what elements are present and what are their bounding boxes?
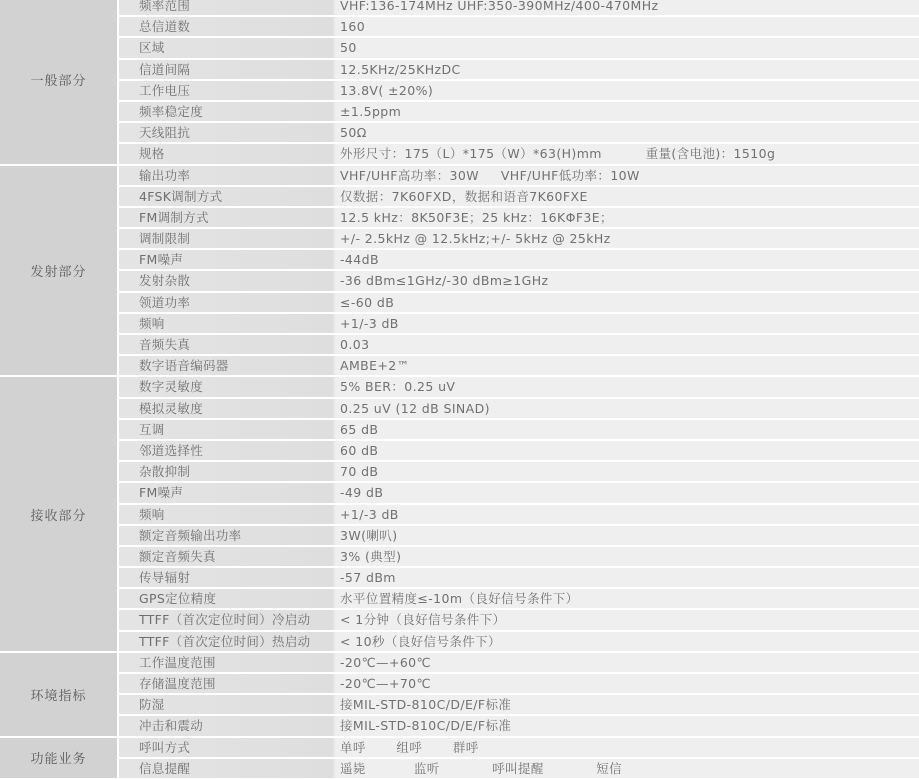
row-key: 发射杂散 — [119, 271, 333, 290]
row-key: 工作温度范围 — [119, 653, 333, 672]
row-key: 频率稳定度 — [119, 102, 333, 121]
row-value: 70 dB — [333, 462, 919, 481]
row-key: TTFF（首次定位时间）冷启动 — [119, 610, 333, 629]
row-value: 0.25 uV (12 dB SINAD) — [333, 399, 919, 418]
table-row: FM噪声-49 dB — [119, 483, 919, 504]
section-environment: 环境指标 工作温度范围-20℃—+60℃ 存储温度范围-20℃—+70℃ 防湿接… — [0, 653, 919, 738]
row-key: 频率范围 — [119, 0, 333, 15]
row-key: 互调 — [119, 420, 333, 439]
table-row: 存储温度范围-20℃—+70℃ — [119, 674, 919, 695]
table-row: 模拟灵敏度0.25 uV (12 dB SINAD) — [119, 399, 919, 420]
row-value: VHF:136-174MHz UHF:350-390MHz/400-470MHz — [333, 0, 919, 15]
table-row: 呼叫方式单呼 组呼 群呼 — [119, 738, 919, 759]
row-value: -20℃—+70℃ — [333, 674, 919, 693]
row-key: FM调制方式 — [119, 208, 333, 227]
row-key: 信息提醒 — [119, 759, 333, 778]
row-key: 天线阻抗 — [119, 123, 333, 142]
table-row: 数字语音编码器AMBE+2™ — [119, 356, 919, 375]
table-row: 领道功率≤-60 dB — [119, 293, 919, 314]
section-title: 环境指标 — [0, 653, 119, 736]
table-row: 频率范围VHF:136-174MHz UHF:350-390MHz/400-47… — [119, 0, 919, 17]
row-value: 仅数据：7K60FXD，数据和语音7K60FXE — [333, 187, 919, 206]
table-row: 工作电压13.8V( ±20%) — [119, 81, 919, 102]
row-value: VHF/UHF高功率：30W VHF/UHF低功率：10W — [333, 166, 919, 185]
row-key: 额定音频失真 — [119, 547, 333, 566]
row-value: 0.03 — [333, 335, 919, 354]
row-value: 13.8V( ±20%) — [333, 81, 919, 100]
table-row: 发射杂散-36 dBm≤1GHz/-30 dBm≥1GHz — [119, 271, 919, 292]
row-key: 频响 — [119, 505, 333, 524]
row-value: 接MIL-STD-810C/D/E/F标准 — [333, 695, 919, 714]
section-receive: 接收部分 数字灵敏度5% BER：0.25 uV 模拟灵敏度0.25 uV (1… — [0, 377, 919, 652]
row-key: GPS定位精度 — [119, 589, 333, 608]
row-key: 冲击和震动 — [119, 716, 333, 735]
row-key: 杂散抑制 — [119, 462, 333, 481]
section-transmit: 发射部分 输出功率VHF/UHF高功率：30W VHF/UHF低功率：10W 4… — [0, 166, 919, 378]
table-row: 区域50 — [119, 38, 919, 59]
table-row: GPS定位精度水平位置精度≤-10m（良好信号条件下） — [119, 589, 919, 610]
row-key: 额定音频输出功率 — [119, 526, 333, 545]
table-row: 冲击和震动接MIL-STD-810C/D/E/F标准 — [119, 716, 919, 735]
row-value: 水平位置精度≤-10m（良好信号条件下） — [333, 589, 919, 608]
row-value: 65 dB — [333, 420, 919, 439]
row-key: 数字灵敏度 — [119, 377, 333, 396]
row-value: < 1分钟（良好信号条件下） — [333, 610, 919, 629]
row-key: 音频失真 — [119, 335, 333, 354]
row-value: 50Ω — [333, 123, 919, 142]
row-value: -57 dBm — [333, 568, 919, 587]
table-row: 信息提醒遥毙 监听 呼叫提醒 短信 — [119, 759, 919, 778]
row-value: 单呼 组呼 群呼 — [333, 738, 919, 757]
row-key: FM噪声 — [119, 483, 333, 502]
table-row: 防湿接MIL-STD-810C/D/E/F标准 — [119, 695, 919, 716]
row-key: FM噪声 — [119, 250, 333, 269]
row-key: 输出功率 — [119, 166, 333, 185]
table-row: 邻道选择性60 dB — [119, 441, 919, 462]
row-value: -44dB — [333, 250, 919, 269]
table-row: 额定音频输出功率3W(喇叭) — [119, 526, 919, 547]
row-value: 3% (典型) — [333, 547, 919, 566]
row-value: 3W(喇叭) — [333, 526, 919, 545]
row-key: 模拟灵敏度 — [119, 399, 333, 418]
row-value: 接MIL-STD-810C/D/E/F标准 — [333, 716, 919, 735]
table-row: 4FSK调制方式仅数据：7K60FXD，数据和语音7K60FXE — [119, 187, 919, 208]
row-key: 呼叫方式 — [119, 738, 333, 757]
table-row: FM噪声-44dB — [119, 250, 919, 271]
table-row: 频响+1/-3 dB — [119, 505, 919, 526]
table-row: 频率稳定度±1.5ppm — [119, 102, 919, 123]
row-value: +1/-3 dB — [333, 314, 919, 333]
table-row: FM调制方式12.5 kHz：8K50F3E；25 kHz：16KΦF3E； — [119, 208, 919, 229]
row-key: 总信道数 — [119, 17, 333, 36]
row-value: 60 dB — [333, 441, 919, 460]
table-row: 数字灵敏度5% BER：0.25 uV — [119, 377, 919, 398]
table-row: 天线阻抗50Ω — [119, 123, 919, 144]
table-row: 输出功率VHF/UHF高功率：30W VHF/UHF低功率：10W — [119, 166, 919, 187]
row-key: 工作电压 — [119, 81, 333, 100]
table-row: TTFF（首次定位时间）热启动< 10秒（良好信号条件下） — [119, 632, 919, 651]
row-value: 5% BER：0.25 uV — [333, 377, 919, 396]
row-key: 领道功率 — [119, 293, 333, 312]
section-general: 一般部分 频率范围VHF:136-174MHz UHF:350-390MHz/4… — [0, 0, 919, 166]
row-key: TTFF（首次定位时间）热启动 — [119, 632, 333, 651]
row-key: 调制限制 — [119, 229, 333, 248]
row-key: 传导辐射 — [119, 568, 333, 587]
row-value: 12.5 kHz：8K50F3E；25 kHz：16KΦF3E； — [333, 208, 919, 227]
table-row: 总信道数160 — [119, 17, 919, 38]
table-row: 工作温度范围-20℃—+60℃ — [119, 653, 919, 674]
row-key: 存储温度范围 — [119, 674, 333, 693]
row-key: 频响 — [119, 314, 333, 333]
section-title: 接收部分 — [0, 377, 119, 650]
section-title: 发射部分 — [0, 166, 119, 376]
row-value: -20℃—+60℃ — [333, 653, 919, 672]
row-key: 信道间隔 — [119, 60, 333, 79]
row-value: ±1.5ppm — [333, 102, 919, 121]
row-key: 4FSK调制方式 — [119, 187, 333, 206]
section-title: 功能业务 — [0, 738, 119, 778]
spec-table: 一般部分 频率范围VHF:136-174MHz UHF:350-390MHz/4… — [0, 0, 919, 779]
table-row: 信道间隔12.5KHz/25KHzDC — [119, 60, 919, 81]
row-key: 数字语音编码器 — [119, 356, 333, 375]
row-value: +/- 2.5kHz @ 12.5kHz;+/- 5kHz @ 25kHz — [333, 229, 919, 248]
table-row: 杂散抑制70 dB — [119, 462, 919, 483]
table-row: 调制限制+/- 2.5kHz @ 12.5kHz;+/- 5kHz @ 25kH… — [119, 229, 919, 250]
table-row: 传导辐射-57 dBm — [119, 568, 919, 589]
table-row: 频响+1/-3 dB — [119, 314, 919, 335]
table-row: 音频失真0.03 — [119, 335, 919, 356]
row-value: -49 dB — [333, 483, 919, 502]
table-row: 互调65 dB — [119, 420, 919, 441]
section-title: 一般部分 — [0, 0, 119, 164]
row-value: +1/-3 dB — [333, 505, 919, 524]
table-row: TTFF（首次定位时间）冷启动< 1分钟（良好信号条件下） — [119, 610, 919, 631]
row-value: 外形尺寸：175（L）*175（W）*63(H)mm 重量(含电池)：1510g — [333, 144, 919, 163]
row-value: -36 dBm≤1GHz/-30 dBm≥1GHz — [333, 271, 919, 290]
row-value: ≤-60 dB — [333, 293, 919, 312]
row-key: 邻道选择性 — [119, 441, 333, 460]
row-key: 防湿 — [119, 695, 333, 714]
row-value: AMBE+2™ — [333, 356, 919, 375]
table-row: 额定音频失真3% (典型) — [119, 547, 919, 568]
row-value: < 10秒（良好信号条件下） — [333, 632, 919, 651]
row-value: 160 — [333, 17, 919, 36]
section-functions: 功能业务 呼叫方式单呼 组呼 群呼 信息提醒遥毙 监听 呼叫提醒 短信 — [0, 738, 919, 779]
table-row: 规格外形尺寸：175（L）*175（W）*63(H)mm 重量(含电池)：151… — [119, 144, 919, 163]
row-key: 区域 — [119, 38, 333, 57]
row-value: 12.5KHz/25KHzDC — [333, 60, 919, 79]
row-value: 50 — [333, 38, 919, 57]
row-key: 规格 — [119, 144, 333, 163]
row-value: 遥毙 监听 呼叫提醒 短信 — [333, 759, 919, 778]
